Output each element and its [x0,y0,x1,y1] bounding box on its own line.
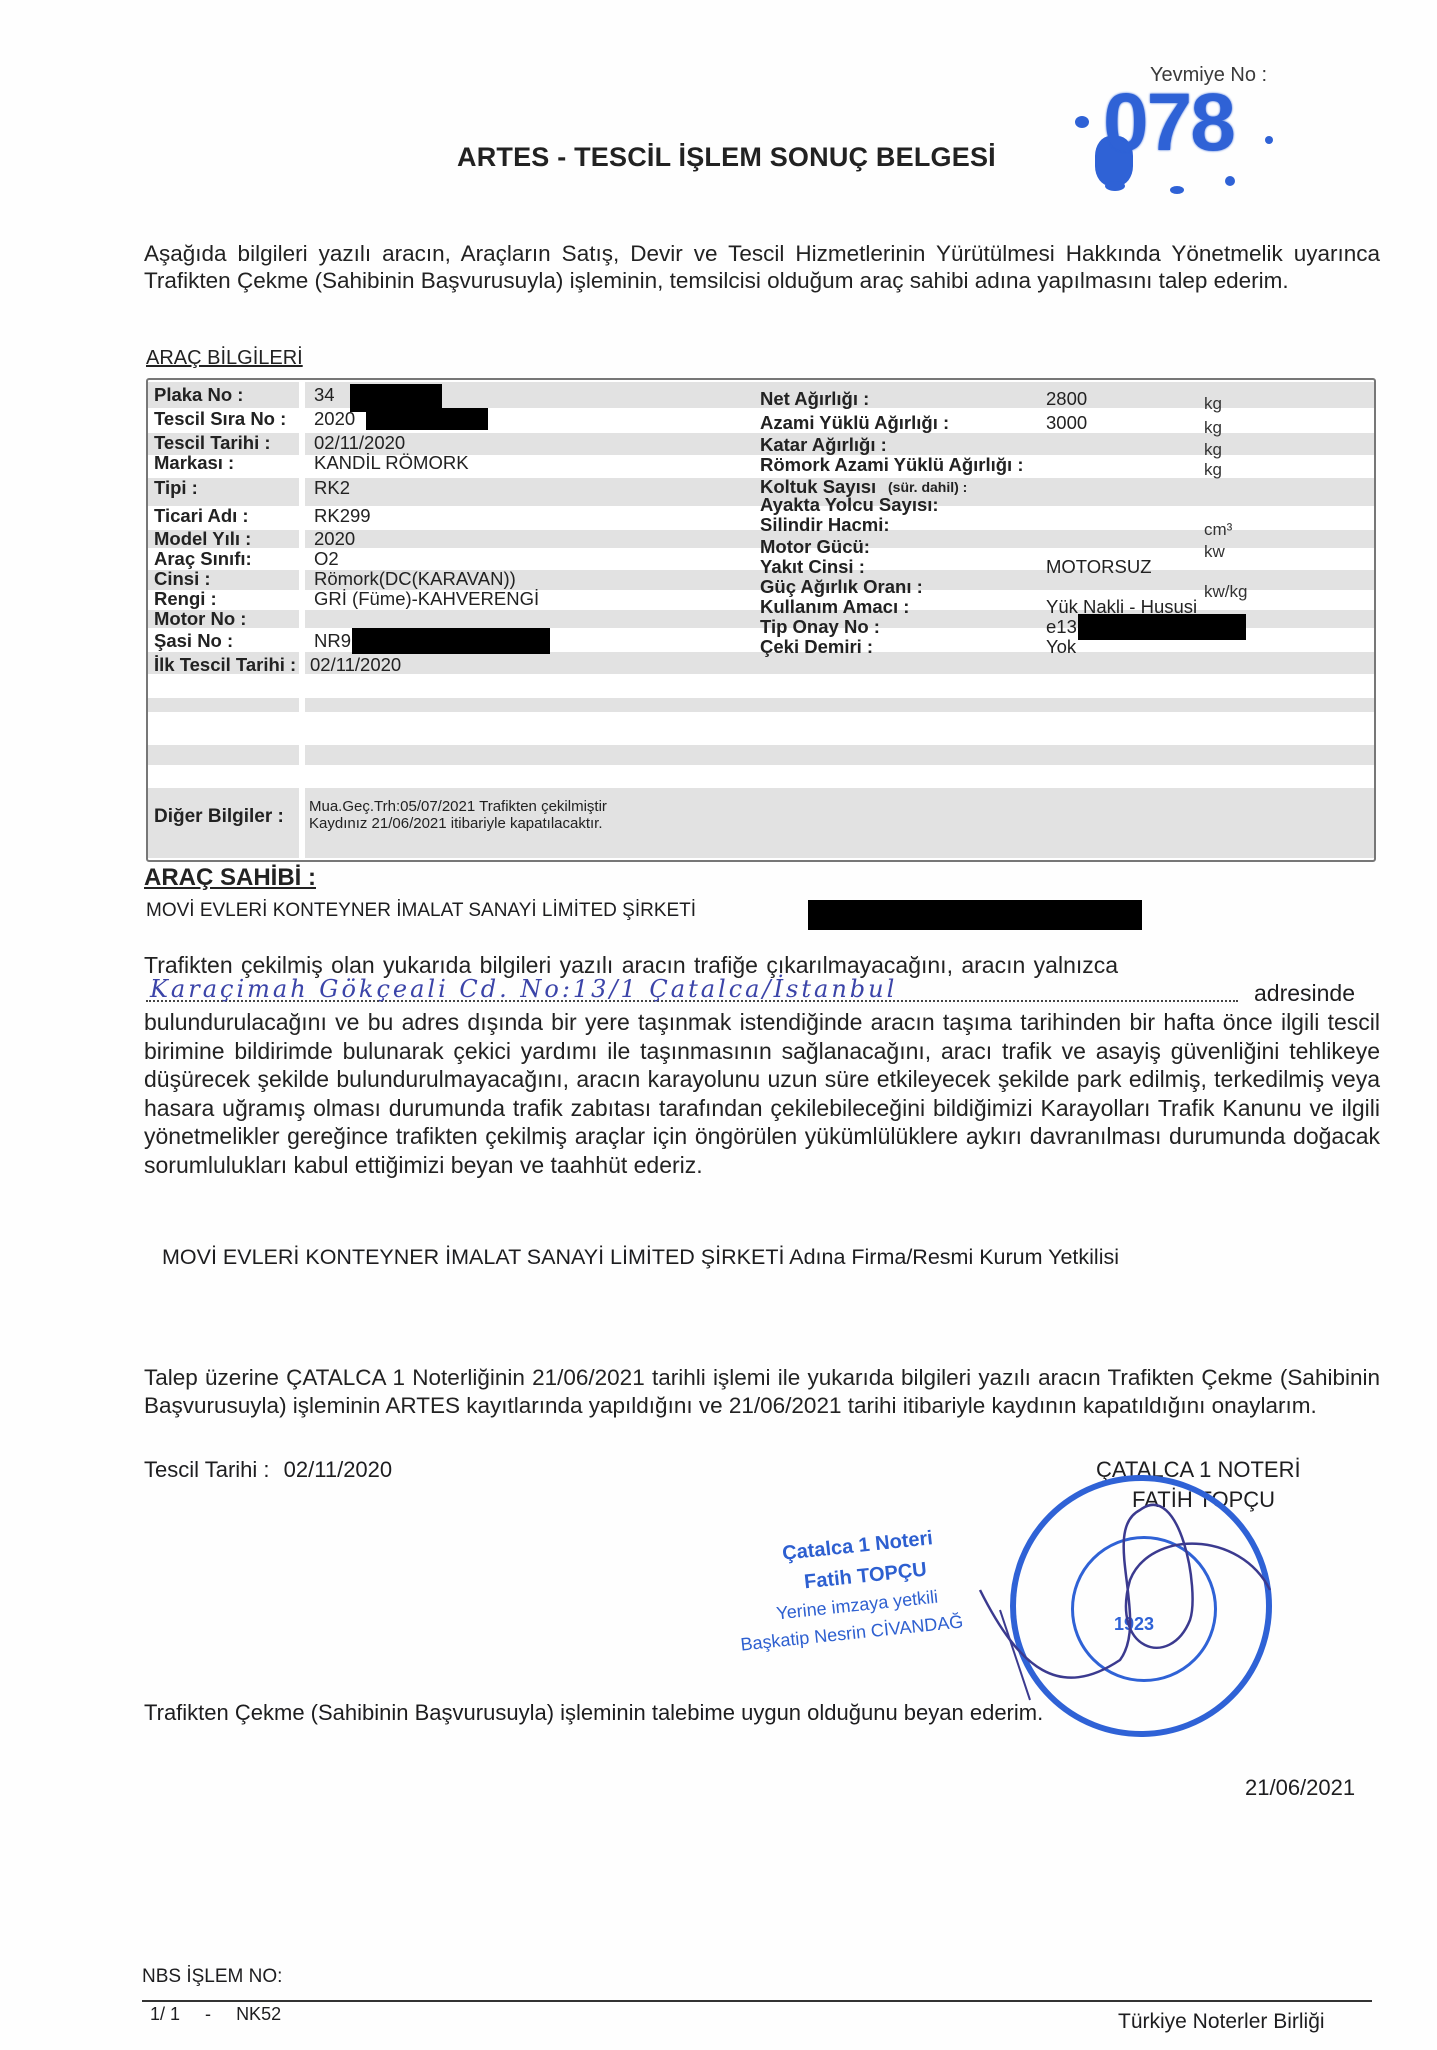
other-info-label: Diğer Bilgiler : [154,806,284,828]
vehicle-field-value: 02/11/2020 [314,432,405,454]
vehicle-field-label: Azami Yüklü Ağırlığı : [760,412,949,434]
vehicle-field-label: Römork Azami Yüklü Ağırlığı : [760,454,1024,476]
vehicle-field-unit: kg [1204,440,1222,460]
vehicle-field-unit: cm³ [1204,520,1232,540]
intro-paragraph: Aşağıda bilgileri yazılı aracın, Araçlar… [144,240,1380,294]
vehicle-field-label: Net Ağırlığı : [760,388,869,410]
vehicle-field-value: RK2 [314,477,350,499]
vehicle-field-unit: kg [1204,460,1222,480]
other-info-line: Mua.Geç.Trh:05/07/2021 Trafikten çekilmi… [309,798,607,815]
vehicle-field-label: Model Yılı : [154,528,251,550]
vehicle-field-label: Tescil Tarihi : [154,432,271,454]
vehicle-field-value: MOTORSUZ [1046,556,1152,578]
vehicle-field-label: Katar Ağırlığı : [760,434,887,456]
vehicle-field-label: Plaka No : [154,384,243,406]
final-date: 21/06/2021 [1245,1775,1355,1801]
vehicle-field-label: Ticari Adı : [154,505,249,527]
vehicle-field-value: Römork(DC(KARAVAN)) [314,568,516,590]
footer-org: Türkiye Noterler Birliği [1118,2010,1325,2034]
redaction-box [366,408,488,430]
vehicle-field-label: Markası : [154,452,234,474]
footer-separator: - [205,2004,211,2024]
footer-divider [142,2000,1372,2002]
owner-heading: ARAÇ SAHİBİ : [144,864,316,892]
other-info-line: Kaydınız 21/06/2021 itibariyle kapatılac… [309,815,607,832]
vehicle-field-label: Yakıt Cinsi : [760,556,865,578]
vehicle-field-label: İlk Tescil Tarihi : [154,654,296,676]
redaction-box [808,900,1142,930]
signatory-line: MOVİ EVLERİ KONTEYNER İMALAT SANAYİ LİMİ… [162,1245,1119,1270]
vehicle-field-value: KANDİL RÖMORK [314,452,469,474]
handwritten-address: Karaçimah Gökçeali Cd. No:13/1 Çatalca/İ… [150,975,897,1003]
footer-code: NK52 [236,2004,281,2024]
vehicle-field-value: GRİ (Füme)-KAHVERENGİ [314,588,539,610]
vehicle-field-value: 2020 [314,408,355,430]
vehicle-field-label: Tip Onay No : [760,616,880,638]
vehicle-field-value: 3000 [1046,412,1087,434]
address-suffix: adresinde [1254,980,1355,1007]
approval-tescil-date: 02/11/2020 [284,1457,392,1482]
notary-stamp-line: Başkatip Nesrin CİVANDAĞ [740,1611,965,1655]
nbs-label: NBS İŞLEM NO: [142,1966,282,1988]
vehicle-field-label: Kullanım Amacı : [760,596,909,618]
vehicle-field-value: 2800 [1046,388,1087,410]
vehicle-field-label: Ayakta Yolcu Sayısı: [760,494,939,516]
vehicle-info-heading: ARAÇ BİLGİLERİ [146,347,303,370]
vehicle-field-label: Cinsi : [154,568,211,590]
final-statement: Trafikten Çekme (Sahibinin Başvurusuyla)… [144,1700,1043,1726]
vehicle-field-value: 34 [314,384,335,406]
signature-scribble [940,1470,1280,1710]
footer-page-info: 1/ 1 - NK52 [150,2004,281,2025]
owner-name: MOVİ EVLERİ KONTEYNER İMALAT SANAYİ LİMİ… [146,900,696,922]
footer-page: 1/ 1 [150,2004,180,2024]
yevmiye-stamp: 078 [1075,76,1285,196]
approval-paragraph: Talep üzerine ÇATALCA 1 Noterliğinin 21/… [144,1364,1380,1420]
vehicle-field-unit: kg [1204,394,1222,414]
vehicle-field-label: Rengi : [154,588,217,610]
vehicle-field-value: O2 [314,548,339,570]
document-title: ARTES - TESCİL İŞLEM SONUÇ BELGESİ [457,142,996,173]
vehicle-field-label: Motor No : [154,608,246,630]
vehicle-field-label: Silindir Hacmi: [760,514,890,536]
other-info-row: Diğer Bilgiler : [154,784,302,854]
vehicle-field-value: e13 [1046,616,1077,638]
vehicle-field-label: Motor Gücü: [760,536,870,558]
vehicle-field-label: Araç Sınıfı: [154,548,252,570]
declaration-body: bulundurulacağını ve bu adres dışında bi… [144,1008,1380,1179]
redaction-box [352,628,550,654]
vehicle-field-unit: kw/kg [1204,582,1247,602]
vehicle-field-label-note: (sür. dahil) : [888,479,967,495]
vehicle-field-label: Çeki Demiri : [760,636,873,658]
vehicle-field-unit: kg [1204,418,1222,438]
vehicle-field-value: RK299 [314,505,371,527]
vehicle-field-value: 2020 [314,528,355,550]
vehicle-field-label: Şasi No : [154,630,233,652]
redaction-box [1078,614,1246,640]
vehicle-field-label: Tescil Sıra No : [154,408,286,430]
vehicle-info-table: Plaka No :34Tescil Sıra No :2020Tescil T… [146,378,1376,862]
vehicle-field-label: Tipi : [154,477,198,499]
vehicle-field-value: NR9 [314,630,351,652]
vehicle-field-value: Yok [1046,636,1076,658]
vehicle-field-unit: kw [1204,542,1225,562]
approval-tescil: Tescil Tarihi : 02/11/2020 [144,1457,392,1483]
yevmiye-number: 078 [1103,76,1234,170]
vehicle-field-label: Güç Ağırlık Oranı : [760,576,923,598]
approval-tescil-label: Tescil Tarihi : [144,1457,270,1482]
vehicle-field-value: 02/11/2020 [310,654,401,676]
